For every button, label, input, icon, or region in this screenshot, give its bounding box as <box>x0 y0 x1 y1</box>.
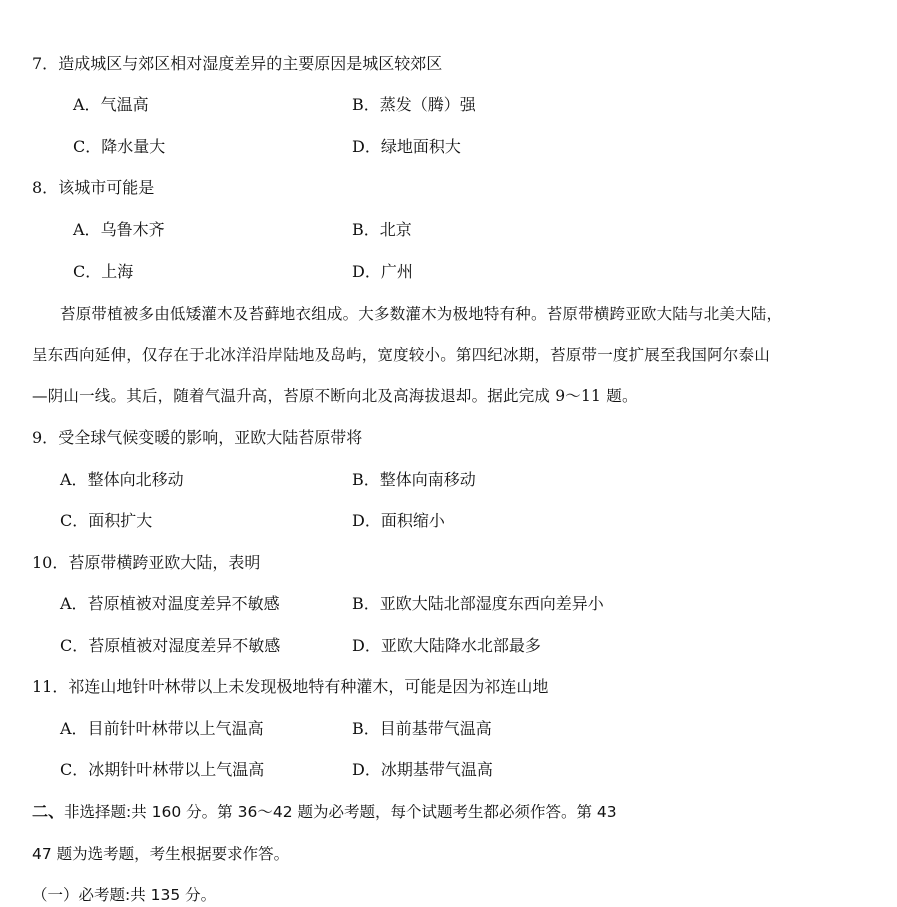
q7-option-c: C．降水量大 <box>73 137 165 157</box>
question-9-stem: 9．受全球气候变暖的影响，亚欧大陆苔原带将 <box>32 428 362 448</box>
question-text: 该城市可能是 <box>58 178 154 197</box>
question-text: 造成城区与郊区相对湿度差异的主要原因是城区较郊区 <box>58 54 442 73</box>
question-text: 祁连山地针叶林带以上未发现极地特有种灌木，可能是因为祁连山地 <box>68 677 548 696</box>
question-number: 11． <box>32 677 68 696</box>
passage-line-1: 苔原带植被多由低矮灌木及苔藓地衣组成。大多数灌木为极地特有种。苔原带横跨亚欧大陆… <box>60 304 782 324</box>
section-2-sub-heading: （一）必考题:共 135 分。 <box>32 885 216 905</box>
q11-option-c: C．冰期针叶林带以上气温高 <box>60 760 264 780</box>
q7-option-a: A．气温高 <box>73 95 149 115</box>
q7-option-d: D．绿地面积大 <box>352 137 461 157</box>
q10-option-d: D．亚欧大陆降水北部最多 <box>352 636 541 656</box>
question-10-stem: 10．苔原带横跨亚欧大陆，表明 <box>32 553 260 573</box>
q7-option-b: B．蒸发（腾）强 <box>352 95 476 115</box>
q9-option-b: B．整体向南移动 <box>352 470 476 490</box>
q8-option-d: D．广州 <box>352 262 413 282</box>
question-number: 8． <box>32 178 58 197</box>
passage-line-2: 呈东西向延伸，仅存在于北冰洋沿岸陆地及岛屿，宽度较小。第四纪冰期，苔原带一度扩展… <box>32 345 770 365</box>
q10-option-b: B．亚欧大陆北部湿度东西向差异小 <box>352 594 604 614</box>
section-2-heading: 二、非选择题:共 160 分。第 36～42 题为必考题，每个试题考生都必须作答… <box>32 802 617 822</box>
q8-option-b: B．北京 <box>352 220 412 240</box>
question-number: 9． <box>32 428 58 447</box>
q10-option-a: A．苔原植被对温度差异不敏感 <box>60 594 280 614</box>
section-number: 二、 <box>32 802 64 821</box>
q11-option-b: B．目前基带气温高 <box>352 719 492 739</box>
question-text: 受全球气候变暖的影响，亚欧大陆苔原带将 <box>58 428 362 447</box>
q9-option-c: C．面积扩大 <box>60 511 152 531</box>
passage-line-3: —阴山一线。其后，随着气温升高，苔原不断向北及高海拔退却。据此完成 9～11 题… <box>32 386 638 406</box>
q8-option-c: C．上海 <box>73 262 133 282</box>
question-number: 7． <box>32 54 58 73</box>
question-number: 10． <box>32 553 68 572</box>
question-text: 苔原带横跨亚欧大陆，表明 <box>68 553 260 572</box>
q9-option-a: A．整体向北移动 <box>60 470 184 490</box>
question-11-stem: 11．祁连山地针叶林带以上未发现极地特有种灌木，可能是因为祁连山地 <box>32 677 548 697</box>
q11-option-a: A．目前针叶林带以上气温高 <box>60 719 264 739</box>
q10-option-c: C．苔原植被对湿度差异不敏感 <box>60 636 280 656</box>
section-2-description: 非选择题:共 160 分。第 36～42 题为必考题，每个试题考生都必须作答。第… <box>64 803 617 821</box>
section-2-line-2: 47 题为选考题，考生根据要求作答。 <box>32 844 289 864</box>
q8-option-a: A．乌鲁木齐 <box>73 220 165 240</box>
q9-option-d: D．面积缩小 <box>352 511 445 531</box>
question-8-stem: 8．该城市可能是 <box>32 178 154 198</box>
q11-option-d: D．冰期基带气温高 <box>352 760 493 780</box>
question-7-stem: 7．造成城区与郊区相对湿度差异的主要原因是城区较郊区 <box>32 54 442 74</box>
